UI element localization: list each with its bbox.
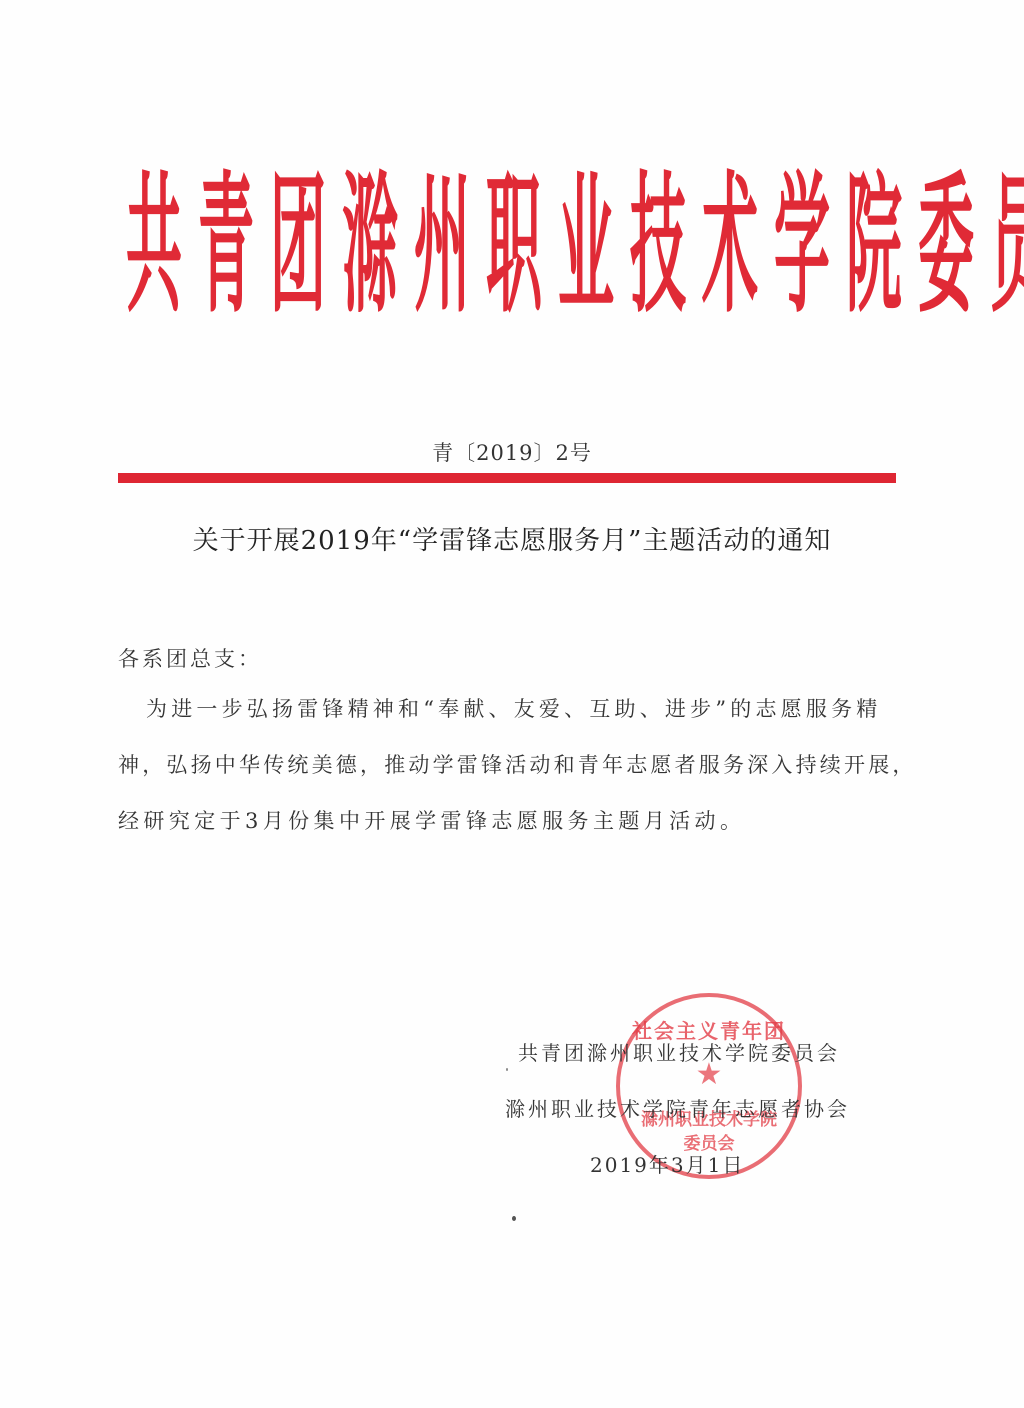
masthead-char: 委 [918, 169, 974, 320]
masthead-char: 业 [558, 169, 614, 320]
masthead-char: 团 [270, 169, 326, 320]
masthead-char: 院 [846, 169, 902, 320]
masthead-char: 滁 [342, 169, 398, 320]
body-paragraph-line: 神，弘扬中华传统美德，推动学雷锋活动和青年志愿者服务深入持续开展， [118, 749, 917, 779]
signature-issuer-2: 滁州职业技术学院青年志愿者协会 [505, 1093, 850, 1122]
masthead-title: 共 青 团 滁 州 职 业 技 术 学 院 委 员 会 文 件 [118, 160, 898, 330]
masthead-char: 青 [198, 169, 254, 320]
scan-speck [512, 1216, 516, 1221]
masthead-char: 学 [774, 169, 830, 320]
masthead-char: 职 [486, 169, 542, 320]
notice-title: 关于开展2019年“学雷锋志愿服务月”主题活动的通知 [0, 520, 1024, 557]
signature-date: 2019年3月1日 [590, 1149, 744, 1178]
masthead-char: 员 [990, 169, 1024, 320]
masthead-char: 共 [126, 169, 182, 320]
body-paragraph-line: 经研究定于3月份集中开展学雷锋志愿服务主题月活动。 [118, 805, 745, 835]
document-page: 共 青 团 滁 州 职 业 技 术 学 院 委 员 会 文 件 青〔2019〕2… [0, 0, 1024, 1408]
masthead-char: 州 [414, 169, 470, 320]
masthead-char: 技 [630, 169, 686, 320]
body-paragraph-line: 为进一步弘扬雷锋精神和“奉献、友爱、互助、进步”的志愿服务精 [146, 693, 881, 723]
red-divider-rule [118, 473, 896, 483]
document-number: 青〔2019〕2号 [0, 437, 1024, 467]
masthead-char: 术 [702, 169, 758, 320]
signature-issuer-1: 共青团滁州职业技术学院委员会 [518, 1037, 840, 1066]
salutation: 各系团总支： [118, 643, 262, 673]
scan-speck [506, 1068, 508, 1071]
